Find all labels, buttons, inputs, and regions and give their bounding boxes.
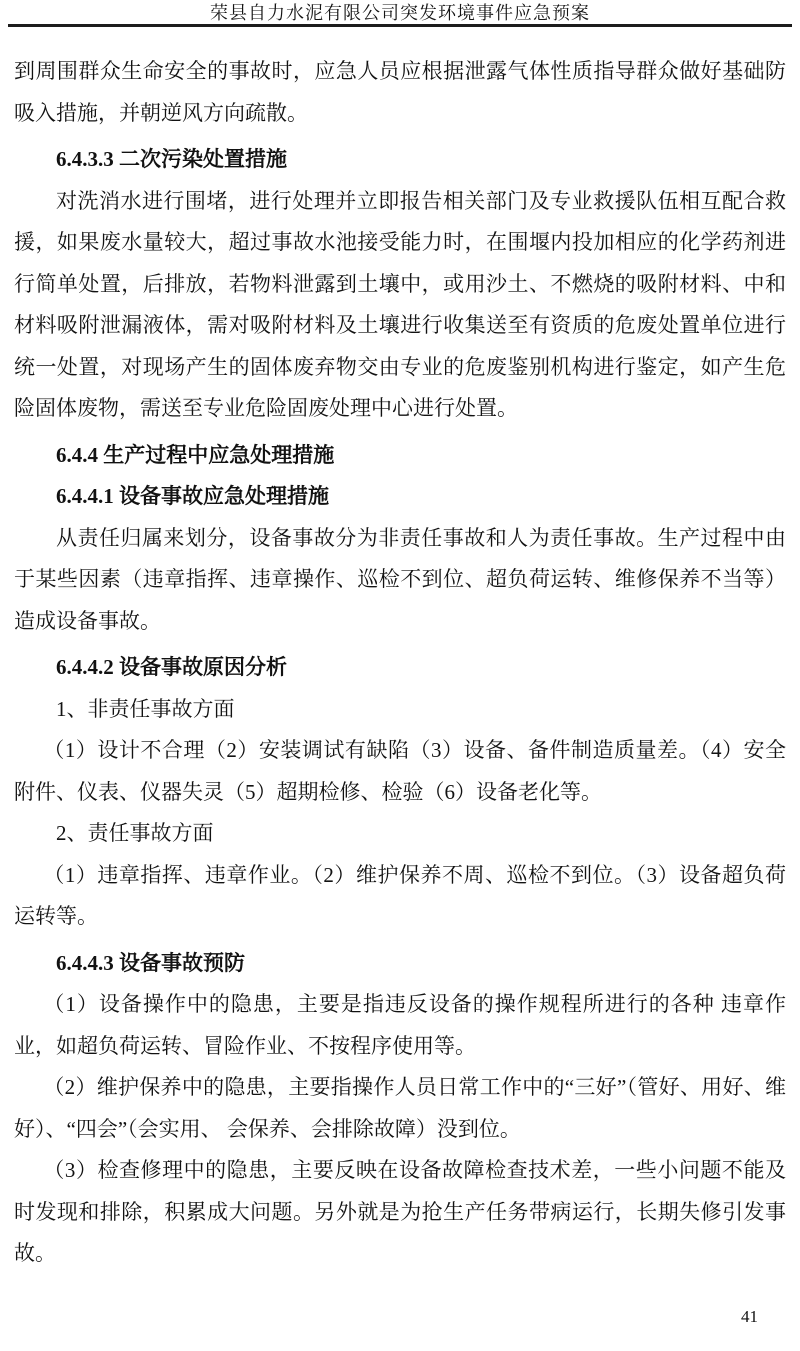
list-item: （1）设备操作中的隐患，主要是指违反设备的操作规程所进行的各种 违章作业，如超负… [14, 984, 786, 1067]
section-heading: 6.4.3.3 二次污染处置措施 [14, 139, 786, 181]
list-item: 1、非责任事故方面 [14, 689, 786, 731]
body-paragraph: 到周围群众生命安全的事故时，应急人员应根据泄露气体性质指导群众做好基础防吸入措施… [14, 51, 786, 134]
body-paragraph: 对洗消水进行围堵，进行处理并立即报告相关部门及专业救援队伍相互配合救援，如果废水… [14, 181, 786, 430]
list-item: （1）违章指挥、违章作业。（2）维护保养不周、巡检不到位。（3）设备超负荷运转等… [14, 855, 786, 938]
section-heading: 6.4.4.1 设备事故应急处理措施 [14, 476, 786, 518]
document-page: 荣县自力水泥有限公司突发环境事件应急预案 到周围群众生命安全的事故时，应急人员应… [0, 0, 800, 1351]
page-header: 荣县自力水泥有限公司突发环境事件应急预案 [8, 0, 792, 22]
section-heading: 6.4.4 生产过程中应急处理措施 [14, 435, 786, 477]
list-item: （1）设计不合理（2）安装调试有缺陷（3）设备、备件制造质量差。（4）安全附件、… [14, 730, 786, 813]
document-body: 到周围群众生命安全的事故时，应急人员应根据泄露气体性质指导群众做好基础防吸入措施… [14, 27, 786, 1275]
section-heading: 6.4.4.2 设备事故原因分析 [14, 647, 786, 689]
document-header-title: 荣县自力水泥有限公司突发环境事件应急预案 [210, 3, 590, 23]
page-number: 41 [741, 1308, 758, 1325]
list-item: （3）检查修理中的隐患，主要反映在设备故障检查技术差，一些小问题不能及时发现和排… [14, 1150, 786, 1275]
body-paragraph: 从责任归属来划分，设备事故分为非责任事故和人为责任事故。生产过程中由于某些因素（… [14, 518, 786, 643]
section-heading: 6.4.4.3 设备事故预防 [14, 943, 786, 985]
list-item: （2）维护保养中的隐患，主要指操作人员日常工作中的“三好”（管好、用好、维好）、… [14, 1067, 786, 1150]
list-item: 2、责任事故方面 [14, 813, 786, 855]
